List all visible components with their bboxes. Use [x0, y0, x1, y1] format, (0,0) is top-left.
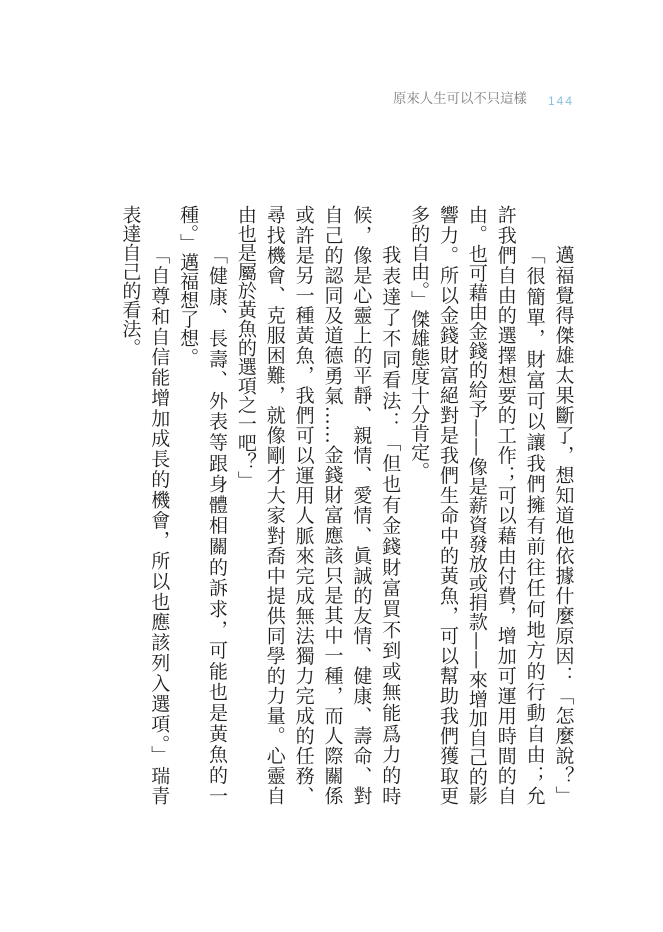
text-column: 許我們自由的選擇想要的工作；可以藉由付費，增加可運用時間的自 — [491, 205, 520, 805]
book-page: 原來人生可以不只這樣 144 邁福覺得傑雄太果斷了，想知道他依據什麼原因：「怎麼… — [0, 0, 663, 932]
text-column: 我表達了不同看法：「但也有金錢財富買不到或無能爲力的時 — [375, 205, 404, 805]
text-column: 候，像是心靈上的平靜、親情、愛情、眞誠的友情、健康、壽命、對 — [347, 205, 376, 805]
text-column: 種。」邁福想了想。 — [173, 205, 202, 805]
text-column: 自己的認同及道德勇氣……金錢財富應該只是其中一種，而人際關係 — [318, 205, 347, 805]
text-column: 表達自己的看法。 — [116, 205, 145, 805]
text-column: 邁福覺得傑雄太果斷了，想知道他依據什麼原因：「怎麼說？」 — [549, 205, 578, 805]
page-number: 144 — [548, 93, 574, 109]
running-header: 原來人生可以不只這樣 144 — [0, 0, 663, 120]
text-column: 響力。所以金錢財富絕對是我們生命中的黃魚，可以幫助我們獲取更 — [433, 205, 462, 805]
text-column: 由。也可藉由金錢的給予——像是薪資發放或捐款——來增加自己的影 — [462, 205, 491, 805]
body-text: 邁福覺得傑雄太果斷了，想知道他依據什麼原因：「怎麼說？」 「很簡單，財富可以讓我… — [116, 205, 578, 805]
text-column: 「很簡單，財富可以讓我們擁有前往任何地方的行動自由；允 — [520, 205, 549, 805]
text-column: 「健康、長壽、外表等跟身體相關的訴求，可能也是黃魚的一 — [202, 205, 231, 805]
text-column: 「自尊和自信能增加成長的機會，所以也應該列入選項。」瑞青 — [144, 205, 173, 805]
text-column: 或許是另一種黃魚，我們可以運用人脈來完成無法獨力完成的任務、 — [289, 205, 318, 805]
text-column: 多的自由。」傑雄態度十分肯定。 — [404, 205, 433, 805]
book-title: 原來人生可以不只這樣 — [393, 92, 527, 108]
text-column: 由也是屬於黃魚的選項之一吧？」 — [231, 205, 260, 805]
text-column: 尋找機會、克服困難，就像剛才大家對喬中提供同學的力量。心靈自 — [260, 205, 289, 805]
